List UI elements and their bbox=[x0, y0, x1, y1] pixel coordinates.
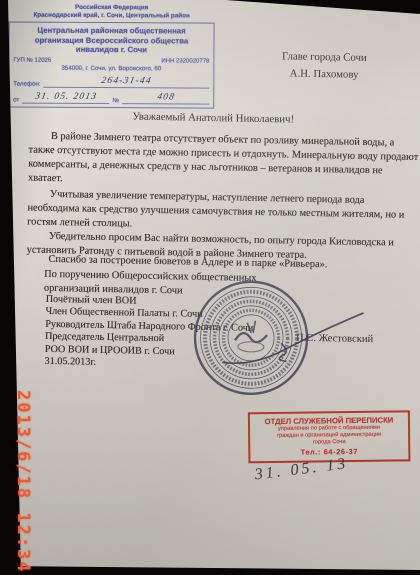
org-inn-number: ИНН 2320020778 bbox=[161, 58, 209, 64]
outgoing-number-underline: 408 bbox=[122, 92, 209, 104]
phone-value-handwritten: 264-31-44 bbox=[100, 76, 152, 86]
letterhead-stamp: Российская Федерация Краснодарский край,… bbox=[8, 4, 215, 109]
org-registration-row: ГУП № 12026 ИНН 2320020778 bbox=[13, 58, 209, 65]
outgoing-number-handwritten: 408 bbox=[156, 92, 176, 102]
number-label: № bbox=[112, 97, 119, 104]
paragraph-1: В районе Зимнего театра отсутствует объе… bbox=[28, 129, 419, 193]
camera-timestamp: 2013/6/18 12:34 bbox=[13, 390, 33, 574]
org-reg-number: ГУП № 12026 bbox=[13, 58, 51, 64]
phone-label: Телефон: bbox=[13, 81, 40, 88]
letterhead-region-line: Краснодарский край, г. Сочи, Центральный… bbox=[9, 11, 215, 20]
document-page: Российская Федерация Краснодарский край,… bbox=[0, 0, 420, 575]
org-name-line-3: инвалидов г. Сочи bbox=[13, 45, 209, 56]
phone-underline: 264-31-44 bbox=[44, 76, 210, 89]
org-address: 354000, г. Сочи, ул. Воровского, 60 bbox=[13, 65, 209, 73]
incoming-stamp-line-4: города Сочи bbox=[256, 438, 402, 446]
salutation: Уважаемый Анатолий Николаевич! bbox=[3, 108, 420, 128]
reference-row: от 31. 05. 2013 № 408 bbox=[13, 92, 209, 105]
outgoing-date-underline: 31. 05. 2013 bbox=[22, 92, 109, 104]
document-content: Российская Федерация Краснодарский край,… bbox=[0, 0, 420, 575]
org-name-line-2: организация Всероссийского общества bbox=[13, 35, 209, 46]
addressee-block: Главе города Сочи А.Н. Пахомову bbox=[244, 48, 405, 84]
round-seal bbox=[184, 276, 386, 402]
outgoing-date-handwritten: 31. 05. 2013 bbox=[34, 92, 98, 102]
from-label: от bbox=[13, 97, 19, 104]
letterhead-org-box: Центральная районная общественная органи… bbox=[8, 22, 214, 109]
phone-row: Телефон: 264-31-44 bbox=[13, 76, 209, 89]
incoming-stamp-phone: Тел.: 64-26-37 bbox=[252, 447, 406, 458]
addressee-name: А.Н. Пахомову bbox=[244, 64, 404, 84]
seal-emblem bbox=[235, 333, 267, 342]
incoming-stamp: ОТДЕЛ СЛУЖЕБНОЙ ПЕРЕПИСКИ управления по … bbox=[248, 410, 411, 463]
photo-background: Российская Федерация Краснодарский край,… bbox=[0, 0, 420, 575]
